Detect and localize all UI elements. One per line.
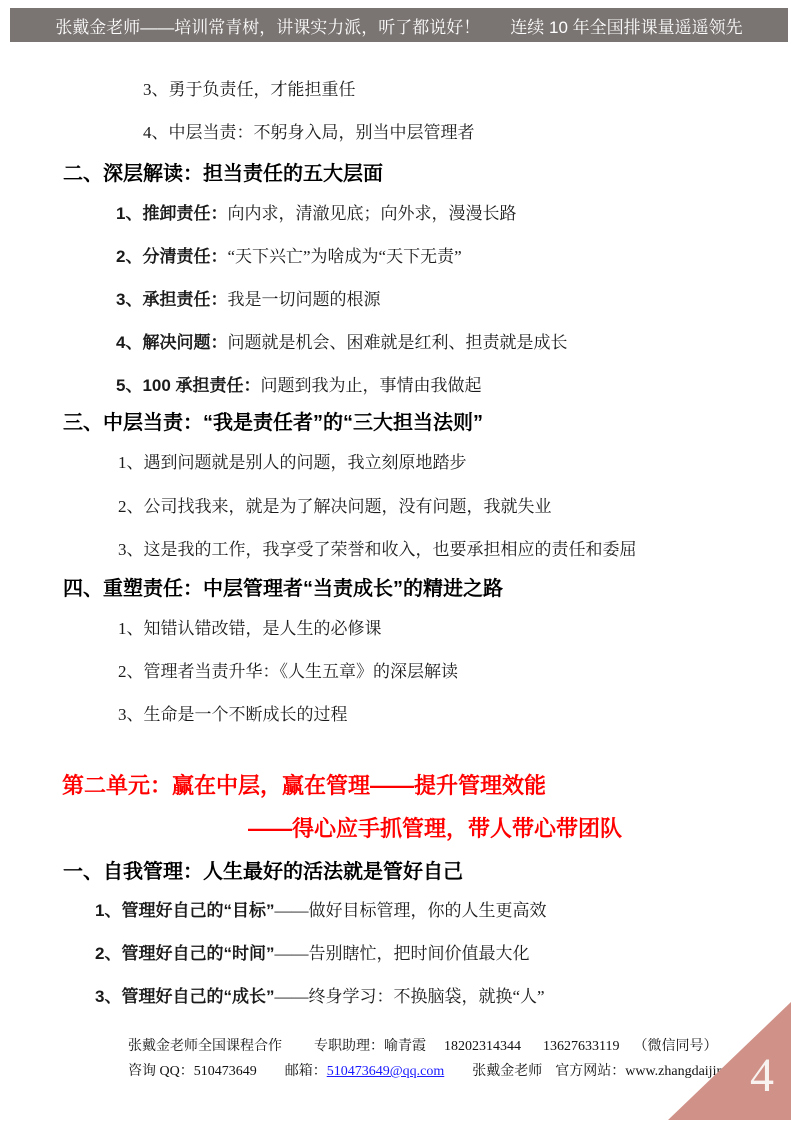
unit-title-line2: ——得心应手抓管理，带人带心带团队 xyxy=(248,816,622,842)
footer-email-label: 邮箱： xyxy=(285,1064,327,1081)
outline-item: 2、管理好自己的“时间”——告别瞎忙，把时间价值最大化 xyxy=(95,944,529,964)
section-heading: 三、中层当责：“我是责任者”的“三大担当法则” xyxy=(63,411,483,435)
outline-item: 1、管理好自己的“目标”——做好目标管理，你的人生更高效 xyxy=(95,901,546,921)
email-link[interactable]: 510473649@qq.com xyxy=(327,1064,445,1081)
outline-item: 3、勇于负责任，才能担重任 xyxy=(143,80,356,100)
item-rest: 问题到我为止，事情由我做起 xyxy=(261,376,482,395)
item-lead: 2、管理好自己的“时间” xyxy=(95,944,274,963)
outline-item: 3、这是我的工作，我享受了荣誉和收入，也要承担相应的责任和委屈 xyxy=(118,540,637,560)
footer-assistant: 专职助理：喻青霞 xyxy=(314,1039,426,1056)
item-lead: 3、管理好自己的“成长” xyxy=(95,987,274,1006)
item-lead: 1、管理好自己的“目标” xyxy=(95,901,274,920)
item-lead: 5、100 承担责任： xyxy=(116,376,261,395)
item-lead: 1、推卸责任： xyxy=(116,204,227,223)
outline-item: 3、生命是一个不断成长的过程 xyxy=(118,705,348,725)
outline-item: 1、知错认错改错，是人生的必修课 xyxy=(118,619,382,639)
outline-item: 5、100 承担责任：问题到我为止，事情由我做起 xyxy=(116,376,482,396)
header-banner: 张戴金老师——培训常青树，讲课实力派，听了都说好！ 连续 10 年全国排课量遥遥… xyxy=(10,8,788,42)
header-right-text: 连续 10 年全国排课量遥遥领先 xyxy=(510,13,742,38)
footer-phone-1: 18202314344 xyxy=(444,1039,521,1056)
header-left-text: 张戴金老师——培训常青树，讲课实力派，听了都说好！ xyxy=(55,13,480,38)
item-lead: 3、承担责任： xyxy=(116,290,227,309)
section-heading: 四、重塑责任：中层管理者“当责成长”的精进之路 xyxy=(63,577,503,601)
page-number: 4 xyxy=(750,1048,774,1103)
item-lead: 4、解决问题： xyxy=(116,333,227,352)
item-lead: 2、分清责任： xyxy=(116,247,227,266)
item-rest: ——终身学习：不换脑袋，就换“人” xyxy=(274,987,544,1006)
footer-qq: 咨询 QQ：510473649 xyxy=(128,1064,257,1081)
outline-item: 2、分清责任：“天下兴亡”为啥成为“天下无责” xyxy=(116,247,462,267)
section-heading: 二、深层解读：担当责任的五大层面 xyxy=(63,162,383,186)
footer-teacher-name: 张戴金老师 xyxy=(472,1064,542,1081)
outline-item: 3、管理好自己的“成长”——终身学习：不换脑袋，就换“人” xyxy=(95,987,545,1007)
outline-item: 1、遇到问题就是别人的问题，我立刻原地踏步 xyxy=(118,453,467,473)
item-rest: 问题就是机会、困难就是红利、担责就是成长 xyxy=(227,333,567,352)
footer-line-2: 咨询 QQ：510473649 邮箱： 510473649@qq.com 张戴金… xyxy=(128,1064,751,1081)
item-rest: ——告别瞎忙，把时间价值最大化 xyxy=(274,944,529,963)
outline-item: 2、公司找我来，就是为了解决问题，没有问题，我就失业 xyxy=(118,497,552,517)
outline-item: 1、推卸责任：向内求，清澈见底；向外求，漫漫长路 xyxy=(116,204,516,224)
outline-item: 4、中层当责：不躬身入局，别当中层管理者 xyxy=(143,123,475,143)
item-rest: 我是一切问题的根源 xyxy=(227,290,380,309)
document-page: 张戴金老师——培训常青树，讲课实力派，听了都说好！ 连续 10 年全国排课量遥遥… xyxy=(0,0,794,1123)
outline-item: 2、管理者当责升华：《人生五章》的深层解读 xyxy=(118,662,458,682)
page-number-triangle: 4 xyxy=(668,1002,791,1120)
section-heading: 一、自我管理：人生最好的活法就是管好自己 xyxy=(63,860,463,884)
item-rest: ——做好目标管理，你的人生更高效 xyxy=(274,901,546,920)
item-rest: 向内求，清澈见底；向外求，漫漫长路 xyxy=(227,204,516,223)
footer-phone-2: 13627633119 xyxy=(543,1039,619,1056)
footer-coop-text: 张戴金老师全国课程合作 xyxy=(128,1039,282,1056)
footer-line-1: 张戴金老师全国课程合作 专职助理：喻青霞 18202314344 1362763… xyxy=(128,1039,717,1056)
unit-title-line1: 第二单元：赢在中层，赢在管理——提升管理效能 xyxy=(62,773,546,799)
item-rest: “天下兴亡”为啥成为“天下无责” xyxy=(227,247,461,266)
outline-item: 3、承担责任：我是一切问题的根源 xyxy=(116,290,380,310)
outline-item: 4、解决问题：问题就是机会、困难就是红利、担责就是成长 xyxy=(116,333,567,353)
